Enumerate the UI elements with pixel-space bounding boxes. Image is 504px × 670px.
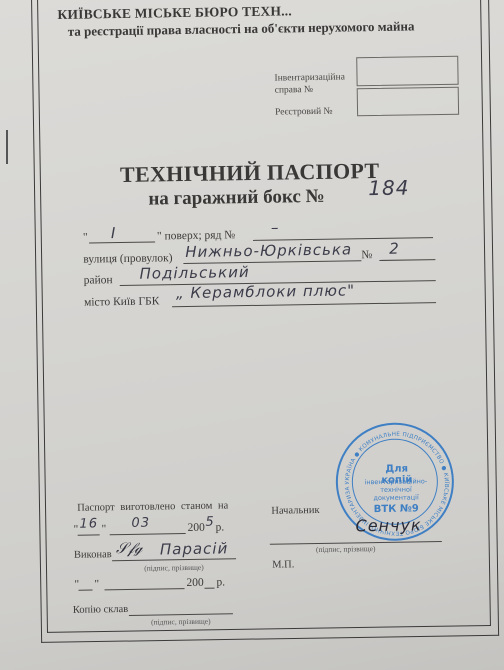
blank-date-day-line (78, 576, 92, 591)
document-content: КИЇВСЬКЕ МІСЬКЕ БЮРО ТЕХН... та реєстрац… (0, 0, 504, 670)
registry-number-field[interactable] (357, 87, 459, 117)
floor-value: I (111, 224, 117, 242)
floor-label: " поверх; ряд № (157, 229, 235, 242)
stamp-subtitle: інвентаризаційно-технічної документації (363, 477, 429, 502)
blank-date-quote-close: " (94, 578, 99, 590)
copy-label: Копію склав (73, 604, 129, 616)
district-value: Подільський (139, 263, 249, 283)
blank-date-unit: р. (216, 576, 225, 588)
blank-date-year-line (204, 574, 214, 589)
date-month: 03 (131, 516, 150, 531)
page-subtitle: на гаражний бокс № (148, 186, 325, 211)
city-label: місто Київ ГБК (84, 295, 160, 308)
row-value: – (271, 219, 280, 237)
date-year-unit: р. (215, 521, 224, 533)
street-value: Нижньо-Юрківська (185, 240, 352, 261)
house-field-line (379, 245, 435, 261)
floor-open-quote: " (83, 232, 88, 244)
copy-signature-line (129, 599, 233, 616)
date-year-prefix: 200 (187, 522, 204, 534)
prepared-label: Паспорт виготовлено станом на (77, 500, 228, 513)
inventory-label: Інвентаризаційна справа № (274, 71, 345, 96)
seal-label: М.П. (272, 559, 294, 570)
chief-hint: (підпис, прізвище) (316, 544, 376, 554)
inventory-number-field[interactable] (356, 56, 458, 87)
blank-date-month-line (104, 574, 184, 590)
district-label: район (84, 274, 113, 286)
executor-label: Виконав (74, 549, 112, 561)
row-field-line (253, 223, 433, 241)
copy-hint: (підпис, прізвище) (151, 617, 211, 627)
registry-label: Реєстровий № (275, 106, 333, 119)
executor-signature: Парасій (160, 539, 229, 558)
blank-date-year-prefix: 200 (186, 577, 203, 589)
date-day-quote-close: " (101, 523, 106, 535)
floor-field-line (89, 227, 155, 243)
inventory-label-line1: Інвентаризаційна (274, 71, 345, 84)
gbk-value: „ Керамблоки плюс" (176, 281, 355, 302)
date-day: 16 (79, 516, 98, 531)
date-year-suffix: 5 (205, 515, 215, 530)
chief-label: Начальник (271, 505, 319, 517)
house-label: № (361, 249, 372, 261)
executor-scribble: 𝒮𝒻ℊ (116, 539, 143, 557)
inventory-label-line2: справа № (275, 83, 346, 96)
stamp-code: ВТК №9 (367, 503, 425, 515)
executor-hint: (підпис, прізвище) (144, 563, 204, 573)
house-value: 2 (389, 240, 400, 258)
box-number: 184 (368, 175, 410, 200)
page-title: ТЕХНІЧНИЙ ПАСПОРТ (120, 158, 380, 188)
chief-signature: Сенчук (355, 515, 421, 535)
